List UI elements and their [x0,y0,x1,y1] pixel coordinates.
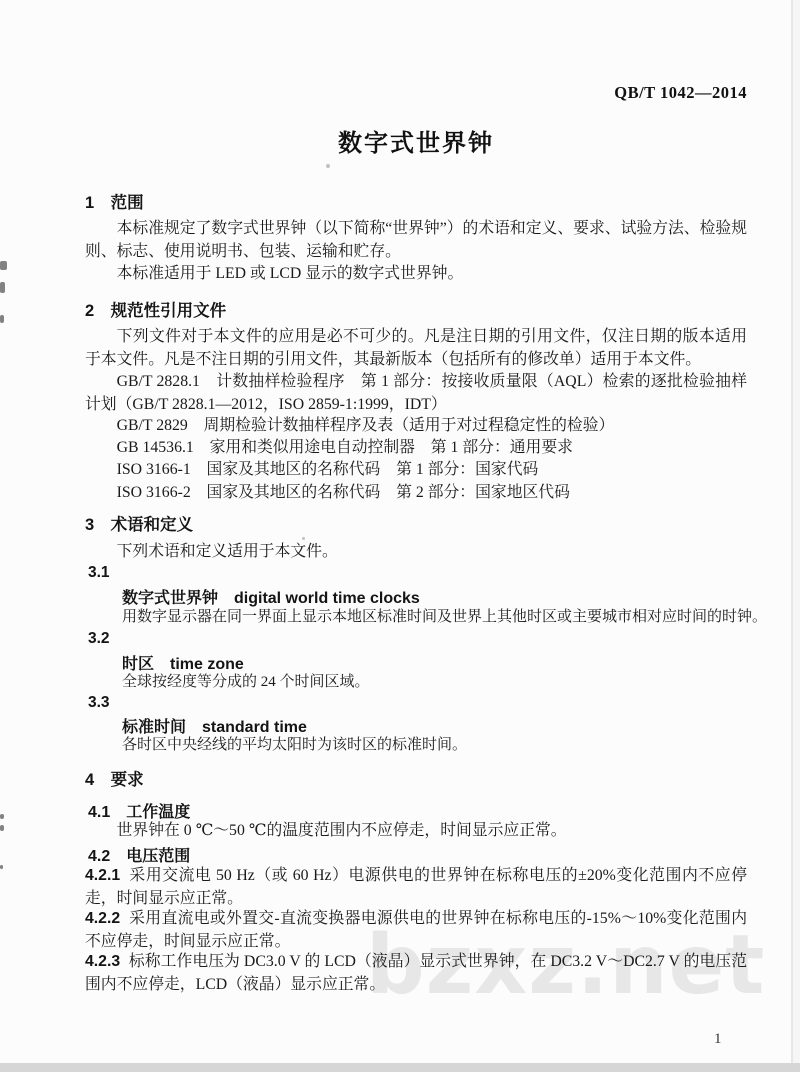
term-definition: 用数字显示器在同一界面上显示本地区标准时间及世界上其他时区或主要城市相对应时间的… [122,606,752,629]
clause-number: 4.2.3 [85,953,120,970]
section-1-paragraph: 本标准规定了数字式世界钟（以下简称“世界钟”）的术语和定义、要求、试验方法、检验… [85,218,747,263]
term-definition: 各时区中央经线的平均太阳时为该时区的标准时间。 [122,734,752,757]
clause-4-2-3: 4.2.3标称工作电压为 DC3.0 V 的 LCD（液晶）显示式世界钟，在 D… [85,951,747,996]
scan-artifact [0,261,7,270]
scan-bottom-strip [0,1063,800,1072]
section-2-heading: 2 规范性引用文件 [85,297,747,321]
document-title: 数字式世界钟 [85,123,747,158]
clause-text: 采用直流电或外置交-直流变换器电源供电的世界钟在标称电压的-15%～10%变化范… [85,910,747,950]
page-number: 1 [714,1031,722,1048]
clause-4-2-heading: 4.2 电压范围 [88,843,747,866]
normative-reference: GB/T 2828.1 计数抽样检验程序 第 1 部分：按接收质量限（AQL）检… [85,371,747,416]
section-1-heading: 1 范围 [85,189,747,213]
term-definition: 全球按经度等分成的 24 个时间区域。 [122,671,752,694]
scan-edge-line [791,0,793,1064]
clause-4-1-body: 世界钟在 0 ℃～50 ℃的温度范围内不应停走，时间显示应正常。 [85,820,747,843]
scan-artifact [0,814,4,819]
term-number: 3.1 [88,564,110,582]
normative-reference: ISO 3166-2 国家及其地区的名称代码 第 2 部分：国家地区代码 [85,482,747,505]
scan-artifact [0,315,4,323]
scan-speck [326,164,330,168]
section-2-paragraph: 下列文件对于本文件的应用是必不可少的。凡是注日期的引用文件，仅注日期的版本适用于… [85,326,747,371]
clause-4-2-1: 4.2.1采用交流电 50 Hz（或 60 Hz）电源供电的世界钟在标称电压的±… [85,865,747,910]
standard-number: QB/T 1042—2014 [85,83,747,103]
scan-edge-strip [793,0,800,1064]
clause-4-1-heading: 4.1 工作温度 [88,799,747,822]
term-number: 3.2 [88,630,110,648]
section-3-heading: 3 术语和定义 [85,511,747,535]
normative-reference: ISO 3166-1 国家及其地区的名称代码 第 1 部分：国家代码 [85,459,747,482]
clause-text: 标称工作电压为 DC3.0 V 的 LCD（液晶）显示式世界钟，在 DC3.2 … [85,953,747,993]
clause-4-2-2: 4.2.2采用直流电或外置交-直流变换器电源供电的世界钟在标称电压的-15%～1… [85,908,747,953]
clause-number: 4.2.1 [85,867,120,884]
clause-text: 采用交流电 50 Hz（或 60 Hz）电源供电的世界钟在标称电压的±20%变化… [85,867,747,907]
scan-artifact [0,282,5,293]
term-name: 数字式世界钟 digital world time clocks [122,585,420,608]
scan-artifact [0,865,3,869]
clause-number: 4.2.2 [85,910,120,927]
normative-reference: GB 14536.1 家用和类似用途电自动控制器 第 1 部分：通用要求 [85,437,747,460]
term-number: 3.3 [88,694,110,712]
scanned-standard-page: { "page": { "header_code": "QB/T 1042—20… [0,0,800,1072]
scan-speck [302,537,305,540]
section-4-heading: 4 要求 [85,766,747,790]
section-3-intro: 下列术语和定义适用于本文件。 [85,541,747,564]
normative-reference: GB/T 2829 周期检验计数抽样程序及表（适用于对过程稳定性的检验） [85,415,747,438]
section-1-paragraph: 本标准适用于 LED 或 LCD 显示的数字式世界钟。 [85,263,747,286]
scan-artifact [0,825,4,831]
